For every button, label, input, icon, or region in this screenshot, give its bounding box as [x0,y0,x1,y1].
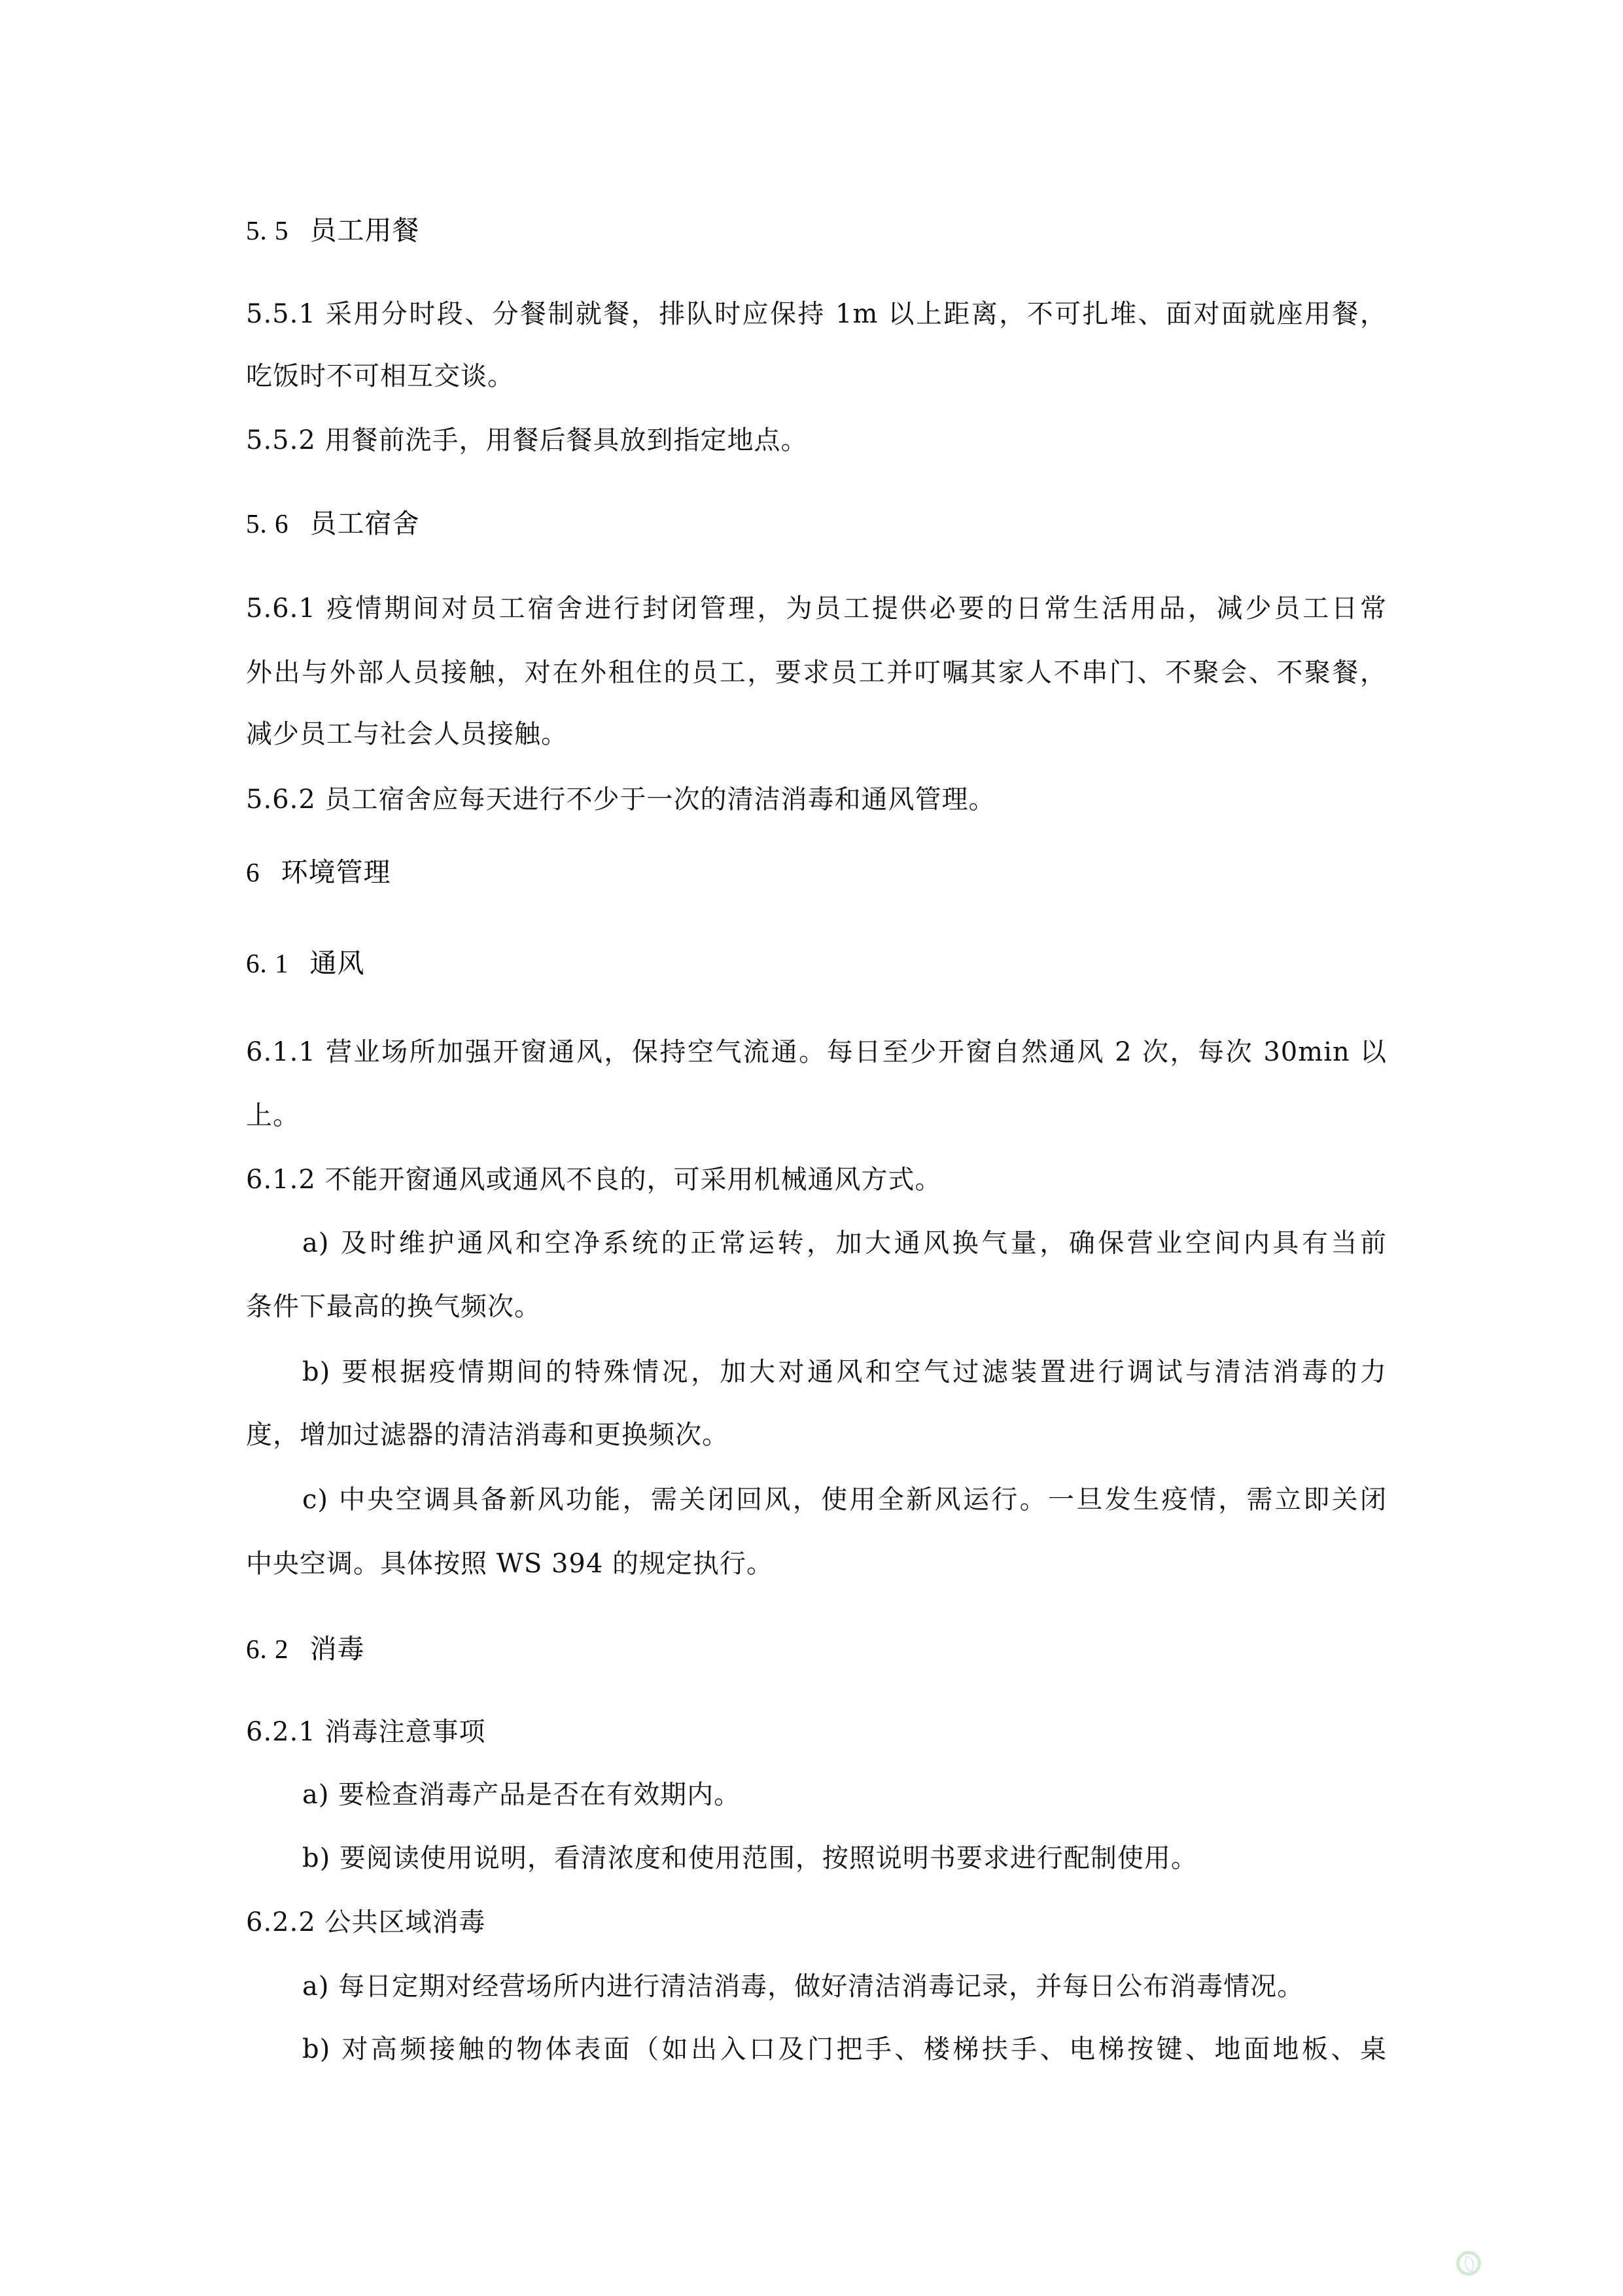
list-item-6-1-2-b-line-1: b) 要根据疫情期间的特殊情况，加大对通风和空气过滤装置进行调试与清洁消毒的力 [302,1354,1387,1390]
heading-title: 通风 [310,947,365,979]
heading-number: 6 [246,857,260,887]
list-item-6-1-2-c-line-1: c) 中央空调具备新风功能，需关闭回风，使用全新风运行。一旦发生疫情，需立即关闭 [302,1481,1387,1518]
paragraph-5-6-2: 5.6.2 员工宿舍应每天进行不少于一次的清洁消毒和通风管理。 [246,781,996,818]
list-item-6-2-2-a: a) 每日定期对经营场所内进行清洁消毒，做好清洁消毒记录，并每日公布消毒情况。 [302,1968,1304,2005]
paragraph-5-5-1-line-1: 5.5.1 采用分时段、分餐制就餐，排队时应保持 1m 以上距离，不可扎堆、面对… [246,296,1387,332]
heading-title: 消毒 [310,1633,365,1665]
heading-number: 6. 2 [246,1634,289,1664]
list-item-6-1-2-b-line-2: 度，增加过滤器的清洁消毒和更换频次。 [246,1417,729,1453]
paragraph-6-1-1-line-1: 6.1.1 营业场所加强开窗通风，保持空气流通。每日至少开窗自然通风 2 次，每… [246,1034,1387,1070]
list-item-6-2-1-b: b) 要阅读使用说明，看清浓度和使用范围，按照说明书要求进行配制使用。 [302,1840,1198,1877]
paragraph-5-6-1-line-1: 5.6.1 疫情期间对员工宿舍进行封闭管理，为员工提供必要的日常生活用品，减少员… [246,590,1387,627]
section-heading-5-6: 5. 6 员工宿舍 [246,505,420,542]
paragraph-5-6-1-line-3: 减少员工与社会人员接触。 [246,716,568,752]
paragraph-6-1-2: 6.1.2 不能开窗通风或通风不良的，可采用机械通风方式。 [246,1161,942,1198]
heading-number: 5. 5 [246,215,289,245]
heading-title: 员工用餐 [310,215,420,246]
section-heading-6: 6 环境管理 [246,854,391,891]
list-item-6-1-2-a-line-1: a) 及时维护通风和空净系统的正常运转，加大通风换气量，确保营业空间内具有当前 [302,1225,1387,1262]
list-item-6-1-2-c-line-2: 中央空调。具体按照 WS 394 的规定执行。 [246,1545,773,1582]
list-item-6-2-2-b: b) 对高频接触的物体表面（如出入口及门把手、楼梯扶手、电梯按键、地面地板、桌 [302,2031,1387,2068]
heading-title: 员工宿舍 [310,508,420,539]
document-page: 5. 5 员工用餐 5.5.1 采用分时段、分餐制就餐，排队时应保持 1m 以上… [0,0,1623,2296]
paragraph-6-2-2: 6.2.2 公共区域消毒 [246,1904,486,1941]
list-item-6-1-2-a-line-2: 条件下最高的换气频次。 [246,1288,541,1325]
paragraph-5-6-1-line-2: 外出与外部人员接触，对在外租住的员工，要求员工并叮嘱其家人不串门、不聚会、不聚餐… [246,654,1387,691]
heading-title: 环境管理 [281,857,391,888]
paragraph-5-5-1-line-2: 吃饭时不可相互交谈。 [246,358,514,395]
list-item-6-2-1-a: a) 要检查消毒产品是否在有效期内。 [302,1776,741,1813]
paragraph-5-5-2: 5.5.2 用餐前洗手，用餐后餐具放到指定地点。 [246,422,808,459]
section-heading-6-1: 6. 1 通风 [246,945,365,981]
heading-number: 6. 1 [246,948,289,978]
section-heading-5-5: 5. 5 员工用餐 [246,212,420,249]
heading-number: 5. 6 [246,508,289,539]
paragraph-6-2-1: 6.2.1 消毒注意事项 [246,1714,486,1750]
section-heading-6-2: 6. 2 消毒 [246,1631,365,1667]
paragraph-6-1-1-line-2: 上。 [246,1097,300,1134]
